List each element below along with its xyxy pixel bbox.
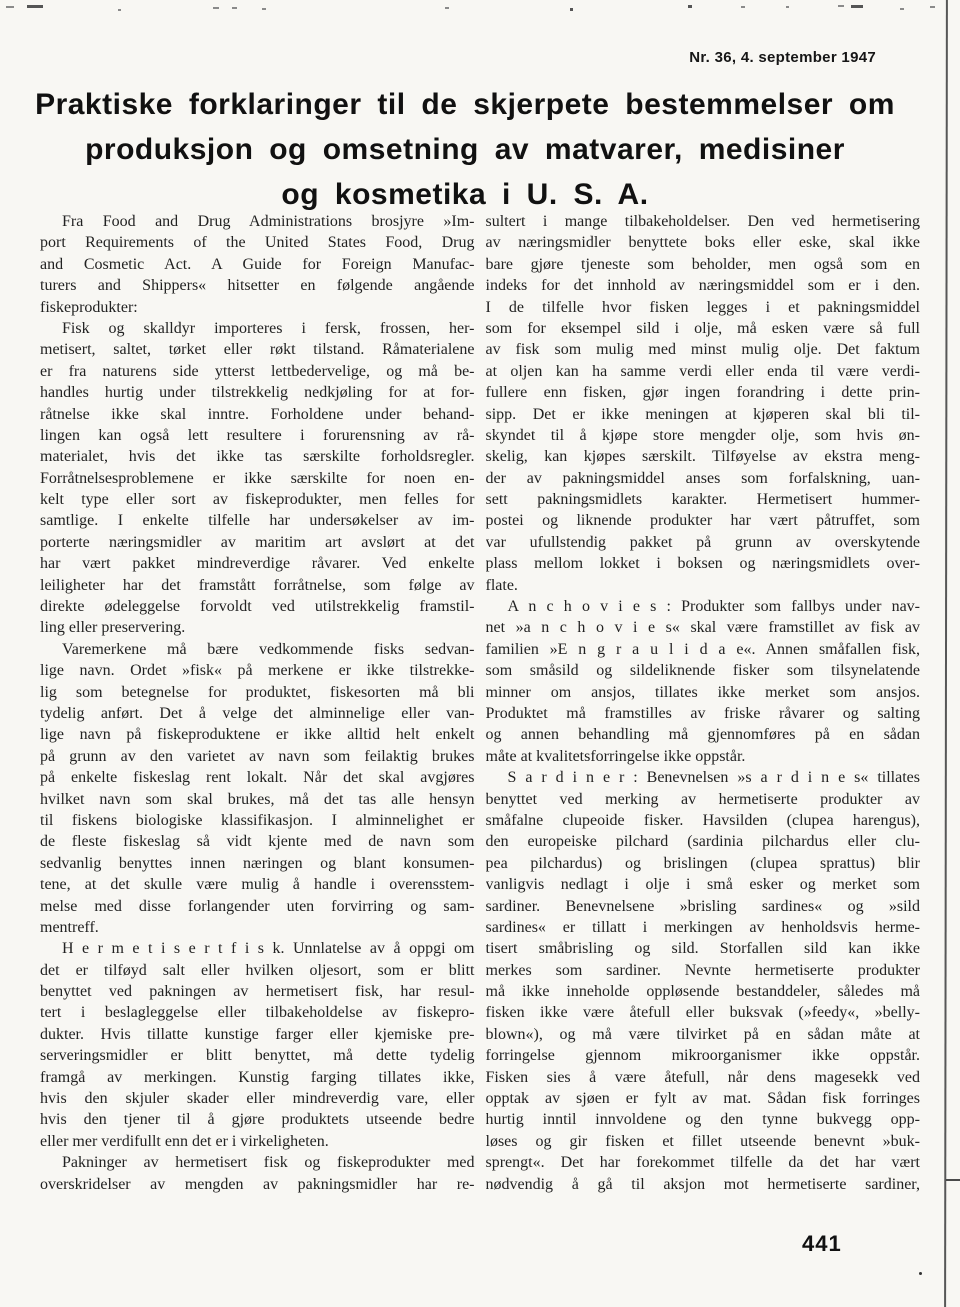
text-line: and Cosmetic Act. A Guide for Foreign Ma…	[40, 254, 475, 275]
scan-speck	[213, 7, 219, 9]
text-line: fiskeprodukter:	[40, 297, 475, 318]
scan-speck	[688, 5, 692, 8]
text-line: og annen behandling må gjennomføres på e…	[486, 724, 921, 745]
text-line: på grunn av den varietet av navn som fei…	[40, 746, 475, 767]
page-number: 441	[802, 1231, 842, 1257]
text-line: materialet, hvis det ikke tas særskilte …	[40, 446, 475, 467]
text-line: som småsild og sildeliknende fisker som …	[486, 660, 921, 681]
text-line: handles hurtig under tilstrekkelig nedkj…	[40, 382, 475, 403]
text-line: at oljen kan ha samme verdi eller enda t…	[486, 361, 921, 382]
text-line: S a r d i n e r : Benevnelsen »s a r d i…	[486, 767, 921, 788]
text-line: ling eller preservering.	[40, 617, 475, 638]
text-line: den europeiske pilchard (sardinia pilcha…	[486, 831, 921, 852]
scan-speck	[27, 5, 43, 8]
text-line: Varemerkene må bære vedkommende fisks se…	[40, 639, 475, 660]
page-title: Praktiske forklaringer til de skjerpete …	[30, 82, 900, 217]
text-line: tydelig anført. Det å velge det alminnel…	[40, 703, 475, 724]
text-line: framgå av merkingen. Kunstig farging til…	[40, 1067, 475, 1088]
text-line: fullere enn fisken, gjør ingen forandrin…	[486, 382, 921, 403]
text-line: blown«), og må være tilvirket på en såda…	[486, 1024, 921, 1045]
text-line: mentreff.	[40, 917, 475, 938]
text-line: hvis den skjuler skader eller mindreverd…	[40, 1088, 475, 1109]
text-line: sett pakningsmidlets karakter. Hermetise…	[486, 489, 921, 510]
text-line: nødvendig å gå til aksjon mot hermetiser…	[486, 1174, 921, 1195]
text-line: indeks for det innhold av næringsmiddel …	[486, 275, 921, 296]
paragraph: Varemerkene må bære vedkommende fisks se…	[40, 639, 475, 938]
text-line: har vært pakket mindreverdige råvarer. V…	[40, 553, 475, 574]
text-line: var ufullstendig pakket på grunn av over…	[486, 532, 921, 553]
text-line: overskridelser av mengden av pakningsmid…	[40, 1174, 475, 1195]
text-line: til fiskens biologiske klassifikasjon. I…	[40, 810, 475, 831]
text-line: de fleste fiskeslag så vidt kjente med d…	[40, 831, 475, 852]
scan-speck	[6, 6, 14, 8]
text-line: leiligheter har det framstått forråtnels…	[40, 575, 475, 596]
text-line: A n c h o v i e s : Produkter som fallby…	[486, 596, 921, 617]
scan-speck	[786, 6, 789, 8]
text-line: av fisk som mulig med minst mulig olje. …	[486, 339, 921, 360]
text-line: postei og liknende produkter har vært på…	[486, 510, 921, 531]
text-line: porterte næringsmidler av maritim art av…	[40, 532, 475, 553]
text-line: sultert i mange tilbakeholdelser. Den ve…	[486, 211, 921, 232]
text-line: net »a n c h o v i e s« skal være framst…	[486, 617, 921, 638]
paragraph: Pakninger av hermetisert fisk og fiskepr…	[40, 1152, 475, 1195]
text-line: benyttet ved pakningen av hermetisert fi…	[40, 981, 475, 1002]
text-line: lig som betegnelse for produktet, fiskes…	[40, 682, 475, 703]
text-line: lingen kan også lett resultere i foruren…	[40, 425, 475, 446]
scan-dot	[919, 1272, 922, 1275]
text-line: småfalne clupeoide fisker. Havsilden (cl…	[486, 810, 921, 831]
text-line: skelig, kan kjøpes særskilt. Tilføyelse …	[486, 446, 921, 467]
text-line: metisert, saltet, tørket eller røkt tils…	[40, 339, 475, 360]
text-line: pea pilchardus) og brislingen (clupea sp…	[486, 853, 921, 874]
text-line: serveringsmidler er blitt benyttet, må d…	[40, 1045, 475, 1066]
scan-speck	[741, 6, 745, 8]
text-line: sedvanlig benyttes innen næringen og bla…	[40, 853, 475, 874]
scan-speck	[838, 5, 844, 7]
paragraph: Fra Food and Drug Administrations brosjy…	[40, 211, 475, 318]
text-line: merkes som sardiner. Nevnte hermetiserte…	[486, 960, 921, 981]
text-line: fisken ikke være åtefull eller buksvak (…	[486, 1002, 921, 1023]
text-line: melse med disse forlangender uten forvir…	[40, 896, 475, 917]
text-line: sardiner. Benevnelsene »brisling sardine…	[486, 896, 921, 917]
scan-speck	[930, 6, 935, 8]
paragraph: A n c h o v i e s : Produkter som fallby…	[486, 596, 921, 767]
scan-speck	[900, 8, 904, 10]
text-line: Forråtnelsesproblemene er ikke særskilte…	[40, 468, 475, 489]
scan-speck	[232, 7, 237, 9]
text-line: der av pakningsmiddel anses som forfalsk…	[486, 468, 921, 489]
text-line: er fra naturens side ytterst lettbederve…	[40, 361, 475, 382]
text-line: det er tilføyd salt eller hvilken oljeso…	[40, 960, 475, 981]
text-line: dukter. Hvis tillatte kunstige farger el…	[40, 1024, 475, 1045]
text-line: må ikke inneholde oppløsende bestanddele…	[486, 981, 921, 1002]
text-line: tene, at det skulle være mulig å handle …	[40, 874, 475, 895]
text-line: hvilket navn som skal brukes, må det tas…	[40, 789, 475, 810]
text-line: kelt type eller sort av fiskeprodukter, …	[40, 489, 475, 510]
text-line: bare gjøre tjeneste som beholder, men og…	[486, 254, 921, 275]
text-line: I de tilfelle hvor fisken legges i et pa…	[486, 297, 921, 318]
text-line: samtlige. I enkelte tilfelle har undersø…	[40, 510, 475, 531]
text-line: råtnelse ikke skal inntre. Forholdene un…	[40, 404, 475, 425]
text-line: opptak av sjøen er fylt av mat. Sådan fi…	[486, 1088, 921, 1109]
scan-edge-line	[944, 0, 948, 1307]
text-line: lige navn på fiskeproduktene er ikke all…	[40, 724, 475, 745]
column-right: sultert i mange tilbakeholdelser. Den ve…	[486, 211, 921, 1195]
text-line: flate.	[486, 575, 921, 596]
body-columns: Fra Food and Drug Administrations brosjy…	[40, 211, 920, 1195]
text-line: tert i beslagleggelse eller tilbakeholde…	[40, 1002, 475, 1023]
text-line: på enkelte fiskeslag rent lokalt. Når de…	[40, 767, 475, 788]
text-line: port Requirements of the United States F…	[40, 232, 475, 253]
scan-speck	[570, 8, 573, 11]
text-line: av næringsmidler benyttete boks eller es…	[486, 232, 921, 253]
paragraph: H e r m e t i s e r t f i s k. Unnlatels…	[40, 938, 475, 1152]
scan-speck	[851, 5, 863, 8]
text-line: plass mellom lokket i boksen og næringsm…	[486, 553, 921, 574]
text-line: Pakninger av hermetisert fisk og fiskepr…	[40, 1152, 475, 1173]
scan-edge-tick	[946, 1179, 960, 1181]
text-line: hvis den tjener til å gjøre produktets u…	[40, 1109, 475, 1130]
issue-date: Nr. 36, 4. september 1947	[689, 49, 876, 66]
text-line: H e r m e t i s e r t f i s k. Unnlatels…	[40, 938, 475, 959]
text-line: måte at kvalitetsforringelse ikke oppstå…	[486, 746, 921, 767]
text-line: minner om ansjos, tillates ikke merket s…	[486, 682, 921, 703]
text-line: Fisken sies å være åtefull, når dens mag…	[486, 1067, 921, 1088]
text-line: turers and Shippers« hitsetter en følgen…	[40, 275, 475, 296]
text-line: familien »E n g r a u l i d a e«. Annen …	[486, 639, 921, 660]
text-line: som for eksempel sild i olje, må esken v…	[486, 318, 921, 339]
text-line: tisert småbrisling og sild. Storfallen s…	[486, 938, 921, 959]
title-line: produksjon og omsetning av matvarer, med…	[30, 127, 900, 172]
text-line: Fra Food and Drug Administrations brosjy…	[40, 211, 475, 232]
text-line: sipp. Det er ikke meningen at kjøperen s…	[486, 404, 921, 425]
scan-speck	[445, 7, 449, 9]
text-line: hurtig inntil innvoldene og den tynne bu…	[486, 1109, 921, 1130]
scan-speck	[118, 9, 121, 11]
text-line: sprengt«. Det har forekommet tilfelle da…	[486, 1152, 921, 1173]
document-page: Nr. 36, 4. september 1947 Praktiske fork…	[0, 0, 960, 1307]
text-line: lige navn. Ordet »fisk« på merkene er ik…	[40, 660, 475, 681]
text-line: Produktet må framstilles av friske råvar…	[486, 703, 921, 724]
text-line: sardines« er tillatt i merkingen av henh…	[486, 917, 921, 938]
paragraph: S a r d i n e r : Benevnelsen »s a r d i…	[486, 767, 921, 1195]
text-line: løses og gir fisken et fillet utseende b…	[486, 1131, 921, 1152]
text-line: forringelse gjennom mikroorganismer ikke…	[486, 1045, 921, 1066]
text-line: eller mer verdifullt enn det er i virkel…	[40, 1131, 475, 1152]
text-line: Fisk og skalldyr importeres i fersk, fro…	[40, 318, 475, 339]
text-line: direkte ødeleggelse forvoldt ved utilstr…	[40, 596, 475, 617]
paragraph: Fisk og skalldyr importeres i fersk, fro…	[40, 318, 475, 639]
column-left: Fra Food and Drug Administrations brosjy…	[40, 211, 475, 1195]
scan-speck	[262, 8, 266, 10]
text-line: skyndet til å kjøpe store mengder olje, …	[486, 425, 921, 446]
paragraph: sultert i mange tilbakeholdelser. Den ve…	[486, 211, 921, 596]
text-line: vanligvis nedlagt i olje i små esker og …	[486, 874, 921, 895]
title-line: Praktiske forklaringer til de skjerpete …	[30, 82, 900, 127]
text-line: benyttet ved merking av hermetiserte pro…	[486, 789, 921, 810]
